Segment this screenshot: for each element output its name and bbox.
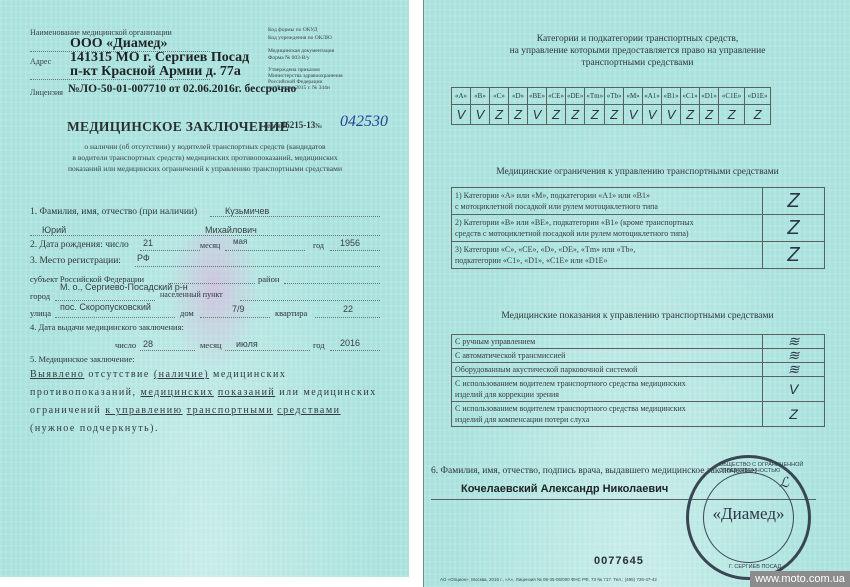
categories-marks-row: VVZZVZZZZVVVZZZZ <box>452 105 771 125</box>
doc-label: Медицинская документация <box>268 48 334 54</box>
category-check-mark: V <box>452 105 471 125</box>
category-label: «BE» <box>528 88 547 105</box>
district-underline <box>284 283 380 284</box>
category-z-mark: Z <box>700 105 719 125</box>
conclusion-word-indications: показаний <box>218 387 275 398</box>
doctor-name: Кочелаевский Александр Николаевич <box>461 483 668 495</box>
indication-row-mark: V <box>763 377 825 402</box>
conclusion-word-detected: Выявлено <box>30 369 84 380</box>
dob-month: мая <box>233 237 247 246</box>
category-z-mark: Z <box>585 105 605 125</box>
category-z-mark: Z <box>509 105 528 125</box>
conclusion-word-absence: отсутствие <box>88 369 149 380</box>
issue-month-label: месяц <box>200 340 222 350</box>
dob-year: 1956 <box>340 238 360 248</box>
issue-year-underline <box>330 350 380 351</box>
category-label: «D» <box>509 88 528 105</box>
dob-month-label: месяц <box>200 241 220 250</box>
approved-line-4: от 15 июня 2015 г. № 344н <box>268 85 330 91</box>
issue-month-underline <box>225 350 310 351</box>
indication-row-text: С использованием водителем транспортного… <box>452 377 763 402</box>
restriction-row: 1) Категории «A» или «M», подкатегории «… <box>452 188 825 215</box>
settlement-underline <box>240 300 380 301</box>
category-label: «Tb» <box>605 88 624 105</box>
site-watermark: www.moto.com.ua <box>750 571 850 587</box>
address-label: Адрес <box>30 57 51 66</box>
apt-label: квартира <box>275 308 307 318</box>
street-label: улица <box>30 308 51 318</box>
conclusion-word-hint: (нужное подчеркнуть). <box>30 423 159 434</box>
series-value: 46215-13 <box>281 120 316 130</box>
indication-row-text: С автоматической трансмиссией <box>452 349 763 363</box>
category-check-mark: V <box>528 105 547 125</box>
issue-day-label: число <box>115 340 136 350</box>
house-underline <box>200 317 270 318</box>
restriction-row-text: 2) Категории «B» или «BE», подкатегории … <box>452 215 763 242</box>
category-check-mark: V <box>624 105 643 125</box>
certificate-back-page: Категории и подкатегории транспортных ср… <box>423 0 850 587</box>
category-label: «C1» <box>681 88 700 105</box>
okud-label: Код формы по ОКУД <box>268 27 317 33</box>
form-label: Форма № 003-В/у <box>268 55 310 61</box>
reg-country: РФ <box>137 253 150 263</box>
indication-row: Оборудованным акустической парковочной с… <box>452 363 825 377</box>
categories-title-line-1: Категории и подкатегории транспортных ср… <box>424 33 850 45</box>
category-z-mark: Z <box>745 105 771 125</box>
indication-row: С использованием водителем транспортного… <box>452 377 825 402</box>
patronymic-value: Михайлович <box>205 225 257 235</box>
apt-value: 22 <box>343 304 353 314</box>
category-z-mark: Z <box>547 105 566 125</box>
conclusion-word-transport: транспортными <box>187 405 274 416</box>
settlement-label: населенный пункт <box>160 290 223 299</box>
surname-underline <box>210 216 380 217</box>
category-check-mark: V <box>662 105 681 125</box>
document-description: о наличии (об отсутствии) у водителей тр… <box>20 141 390 174</box>
category-label: «DE» <box>566 88 585 105</box>
address-underline <box>30 79 210 80</box>
city-underline <box>55 300 155 301</box>
restriction-row-text: 1) Категории «A» или «M», подкатегории «… <box>452 188 763 215</box>
apt-underline <box>315 317 380 318</box>
dob-year-underline <box>330 250 380 251</box>
document-title: МЕДИЦИНСКОЕ ЗАКЛЮЧЕНИЕ <box>67 119 289 135</box>
category-check-mark: V <box>471 105 490 125</box>
restriction-row-mark: Z <box>763 188 825 215</box>
conclusion-word-medical: медицинских <box>141 387 214 398</box>
name-underline <box>30 235 380 236</box>
description-line-2: в водители транспортных средств) медицин… <box>20 152 390 163</box>
indications-title: Медицинские показания к управлению транс… <box>424 310 850 322</box>
stamp-ring-bottom: Г. СЕРГИЕВ ПОСАД <box>729 564 781 570</box>
indication-row-text: С использованием водителем транспортного… <box>452 402 763 427</box>
series-row: серия46215-13№ <box>264 120 322 130</box>
reg-underline <box>135 266 380 267</box>
issue-date-label: 4. Дата выдачи медицинского заключения: <box>30 322 184 332</box>
indications-table: С ручным управлением≋С автоматической тр… <box>451 334 825 427</box>
address-line-2: п-кт Красной Армии д. 77а <box>70 64 241 80</box>
certificate-number: 042530 <box>340 113 388 131</box>
issue-day: 28 <box>143 339 153 349</box>
conclusion-text: Выявлено отсутствие (наличие) медицински… <box>30 366 385 438</box>
indication-row-text: С ручным управлением <box>452 335 763 349</box>
reg-label: 3. Место регистрации: <box>30 256 121 266</box>
conclusion-label: 5. Медицинское заключение: <box>30 354 135 364</box>
category-z-mark: Z <box>719 105 745 125</box>
category-z-mark: Z <box>681 105 700 125</box>
indication-row-text: Оборудованным акустической парковочной с… <box>452 363 763 377</box>
categories-title-line-3: транспортными средствами <box>424 57 850 69</box>
license-value: №ЛО-50-01-007710 от 02.06.2016г. бессроч… <box>68 83 296 95</box>
stamp-ring-top: ОБЩЕСТВО С ОГРАНИЧЕННОЙ ОТВЕТСТВЕННОСТЬЮ <box>719 462 808 474</box>
city-label: город <box>30 291 50 301</box>
category-label: «C» <box>490 88 509 105</box>
stamp-text: «Диамед» <box>689 504 808 524</box>
surname-value: Кузьмичев <box>225 206 269 216</box>
category-label: «CE» <box>547 88 566 105</box>
categories-header-row: «A»«B»«C»«D»«BE»«CE»«DE»«Tm»«Tb»«M»«A1»«… <box>452 88 771 105</box>
category-label: «M» <box>624 88 643 105</box>
category-z-mark: Z <box>566 105 585 125</box>
conclusion-word-presence: (наличие) <box>154 369 209 380</box>
dob-year-label: год <box>313 241 324 250</box>
indication-row: С использованием водителем транспортного… <box>452 402 825 427</box>
series-label: серия <box>264 122 281 130</box>
oklu-label: Код учреждения по ОКЛЮ <box>268 35 332 41</box>
name-value: Юрий <box>42 225 66 235</box>
category-z-mark: Z <box>490 105 509 125</box>
restriction-row-text: 3) Категории «C», «CE», «D», «DE», «Tm» … <box>452 242 763 269</box>
dob-month-underline <box>225 250 305 251</box>
issue-year-label: год <box>313 340 325 350</box>
number-label: № <box>315 122 322 130</box>
indication-row-mark: ≋ <box>763 363 825 377</box>
printer-info: АО «Опцион», Москва, 2016 г., «А», Лицен… <box>440 577 657 582</box>
restrictions-title: Медицинские ограничения к управлению тра… <box>424 166 850 178</box>
issue-month: июля <box>236 339 258 349</box>
issue-year: 2016 <box>340 338 360 348</box>
restriction-row: 3) Категории «C», «CE», «D», «DE», «Tm» … <box>452 242 825 269</box>
categories-table: «A»«B»«C»«D»«BE»«CE»«DE»«Tm»«Tb»«M»«A1»«… <box>451 87 771 125</box>
dob-day-underline <box>140 250 200 251</box>
description-line-3: показаний или медицинских ограничений к … <box>20 163 390 174</box>
dob-day: 21 <box>143 238 153 248</box>
dob-label: 2. Дата рождения: число <box>30 240 129 250</box>
category-label: «D1» <box>700 88 719 105</box>
form-serial-number: 0077645 <box>594 555 644 567</box>
organization-stamp: ОБЩЕСТВО С ОГРАНИЧЕННОЙ ОТВЕТСТВЕННОСТЬЮ… <box>686 455 811 580</box>
category-label: «B1» <box>662 88 681 105</box>
category-label: «A1» <box>643 88 662 105</box>
description-line-1: о наличии (об отсутствии) у водителей тр… <box>20 141 390 152</box>
category-label: «D1E» <box>745 88 771 105</box>
issue-day-underline <box>140 350 195 351</box>
conclusion-word-to-driving: к управлению <box>105 405 182 416</box>
category-z-mark: Z <box>605 105 624 125</box>
restriction-row-mark: Z <box>763 242 825 269</box>
street-underline <box>55 317 175 318</box>
categories-title: Категории и подкатегории транспортных ср… <box>424 33 850 69</box>
categories-title-line-2: на управление которыми предоставляется п… <box>424 45 850 57</box>
restriction-row: 2) Категории «B» или «BE», подкатегории … <box>452 215 825 242</box>
certificate-front-page: Наименование медицинской организации ООО… <box>0 0 409 577</box>
category-label: «C1E» <box>719 88 745 105</box>
category-label: «B» <box>471 88 490 105</box>
indication-row-mark: Z <box>763 402 825 427</box>
indication-row: С ручным управлением≋ <box>452 335 825 349</box>
category-check-mark: V <box>643 105 662 125</box>
house-label: дом <box>180 308 194 318</box>
district-label: район <box>258 274 279 284</box>
restriction-row-mark: Z <box>763 215 825 242</box>
restrictions-table: 1) Категории «A» или «M», подкатегории «… <box>451 187 825 269</box>
conclusion-word-vehicles: средствами <box>277 405 340 416</box>
license-label: Лицензия <box>30 88 63 97</box>
house-value: 7/9 <box>232 304 245 314</box>
category-label: «A» <box>452 88 471 105</box>
category-label: «Tm» <box>585 88 605 105</box>
street-value: пос. Скоропусковский <box>60 302 151 312</box>
indication-row: С автоматической трансмиссией≋ <box>452 349 825 363</box>
doctor-signature: ℒ <box>779 475 789 492</box>
medical-emblem-watermark <box>168 232 260 372</box>
fio-label: 1. Фамилия, имя, отчество (при наличии) <box>30 207 197 217</box>
